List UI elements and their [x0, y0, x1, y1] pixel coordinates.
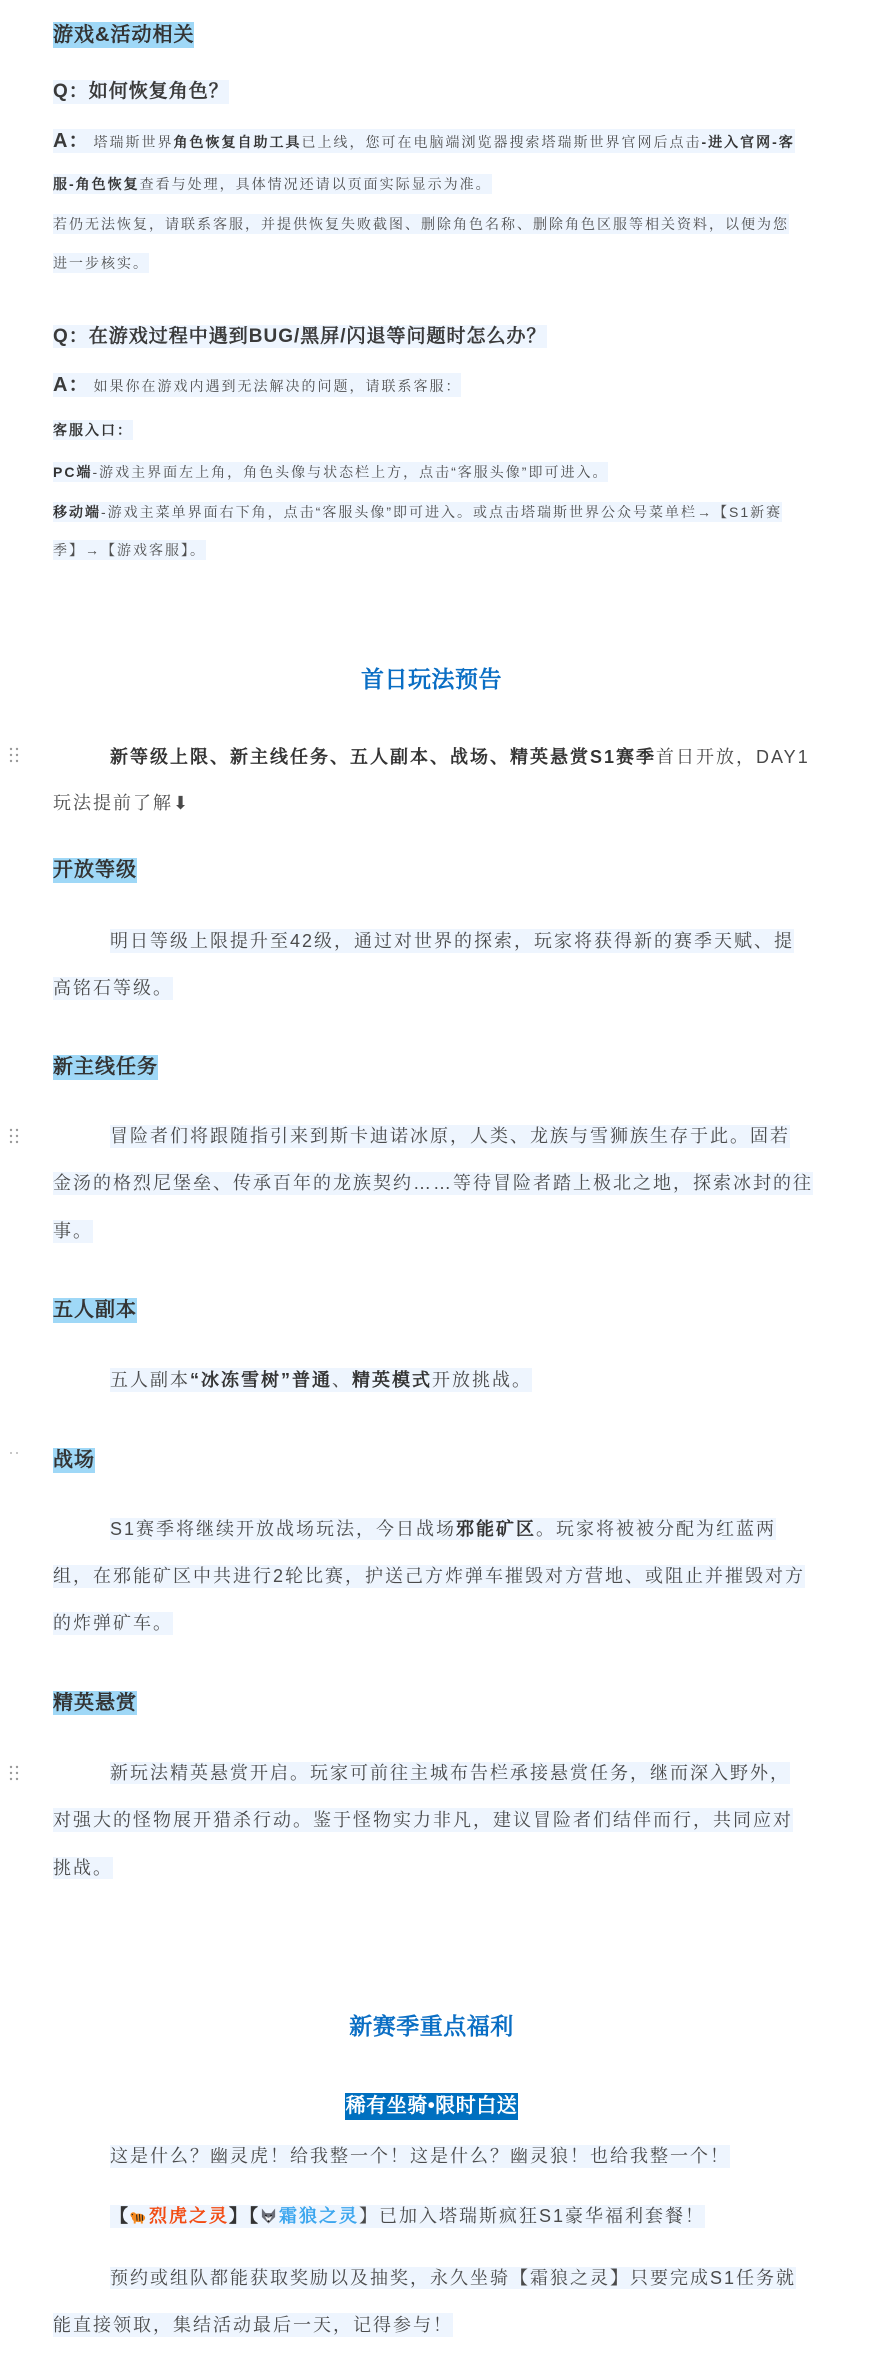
tiger-mount-name: 烈虎之灵	[149, 2206, 229, 2226]
answer-line: 服-角色恢复查看与处理，具体情况还请以页面实际显示为准。	[53, 174, 492, 194]
dungeon-mode-bold: 精英模式	[352, 1370, 432, 1390]
entry-label-text: 客服入口：	[53, 420, 133, 440]
answer-label: A：	[53, 374, 89, 396]
support-entry-mobile-line-1: 移动端-游戏主菜单界面右下角，点击“客服头像”即可进入。或点击塔瑞斯世界公众号菜…	[53, 502, 782, 522]
mount-banner: 稀有坐骑•限时白送	[53, 2093, 810, 2120]
bounty-line-1: 新玩法精英悬赏开启。玩家可前往主城布告栏承接悬赏任务，继而深入野外，	[110, 1762, 790, 1784]
battlefield-map-bold: 邪能矿区	[456, 1519, 536, 1539]
answer-label: A：	[53, 130, 89, 152]
dungeon-text: 五人副本	[110, 1370, 190, 1390]
entry-instructions: -游戏主菜单界面右下角，点击“客服头像”即可进入。或点击塔瑞斯世界公众号菜单栏→…	[101, 504, 782, 520]
intro-bold-features: 新等级上限、新主线任务、五人副本、战场、精英悬赏S1赛季	[110, 747, 656, 767]
entry-line: PC端-游戏主界面左上角，角色头像与状态栏上方，点击“客服头像”即可进入。	[53, 462, 608, 482]
mount-banner-text: 稀有坐骑•限时白送	[345, 2093, 519, 2120]
bounty-heading-text: 精英悬赏	[53, 1691, 137, 1715]
level-text: 高铭石等级。	[53, 977, 173, 1000]
battlefield-line-1: S1赛季将继续开放战场玩法，今日战场邪能矿区。玩家将被被分配为红蓝两	[110, 1518, 776, 1540]
level-heading-text: 开放等级	[53, 858, 137, 883]
answer-line: A：塔瑞斯世界角色恢复自助工具已上线，您可在电脑端浏览器搜索塔瑞斯世界官网后点击…	[53, 129, 795, 153]
support-entry-label: 客服入口：	[53, 420, 133, 440]
day1-intro-line-2: 玩法提前了解⬇	[53, 791, 190, 815]
battlefield-text: 组，在邪能矿区中共进行2轮比赛，护送己方炸弹车摧毁对方营地、或阻止并摧毁对方	[53, 1565, 805, 1588]
level-line-2: 高铭石等级。	[53, 977, 173, 1000]
battlefield-text: S1赛季将继续开放战场玩法，今日战场	[110, 1519, 456, 1539]
main-quest-line-1: 冒险者们将跟随指引来到斯卡迪诺冰原，人类、龙族与雪狮族生存于此。固若	[110, 1125, 790, 1148]
faq-answer-1-line-2: 服-角色恢复查看与处理，具体情况还请以页面实际显示为准。	[53, 174, 492, 194]
battlefield-heading-text: 战场	[53, 1448, 95, 1473]
dungeon-heading-text: 五人副本	[53, 1298, 137, 1323]
question-text: Q：在游戏过程中遇到BUG/黑屏/闪退等问题时怎么办？	[53, 325, 547, 348]
drag-handle-icon[interactable]	[9, 1765, 19, 1781]
answer-text: 塔瑞斯世界	[93, 134, 173, 150]
faq-answer-1-line-4: 进一步核实。	[53, 253, 149, 273]
bounty-line-3: 挑战。	[53, 1857, 113, 1879]
answer-text: 进一步核实。	[53, 253, 149, 273]
faq-section-heading: 游戏&活动相关	[53, 22, 194, 48]
faq-heading-text: 游戏&活动相关	[53, 22, 194, 48]
main-quest-text: 金汤的格烈尼堡垒、传承百年的龙族契约……等待冒险者踏上极北之地，探索冰封的往	[53, 1172, 813, 1195]
dungeon-line: 五人副本“冰冻雪树”普通、精英模式开放挑战。	[110, 1368, 532, 1392]
main-quest-heading-text: 新主线任务	[53, 1055, 158, 1080]
answer-text: 已上线，您可在电脑端浏览器搜索塔瑞斯世界官网后点击	[301, 134, 701, 150]
bounty-text: 对强大的怪物展开猎杀行动。鉴于怪物实力非凡，建议冒险者们结伴而行，共同应对	[53, 1808, 793, 1832]
welfare-section-title: 新赛季重点福利	[53, 2014, 810, 2038]
platform-label-mobile: 移动端	[53, 504, 101, 520]
answer-bold-path: -进入官网-客	[701, 134, 794, 150]
day1-section-title: 首日玩法预告	[53, 667, 810, 691]
answer-bold-tool: 角色恢复自助工具	[173, 134, 301, 150]
welfare-tagline: 这是什么？幽灵虎！给我整一个！这是什么？幽灵狼！也给我整一个！	[110, 2145, 730, 2168]
main-quest-text: 冒险者们将跟随指引来到斯卡迪诺冰原，人类、龙族与雪狮族生存于此。固若	[110, 1125, 790, 1148]
dungeon-heading: 五人副本	[53, 1298, 137, 1323]
welfare-text: 预约或组队都能获取奖励以及抽奖，永久坐骑【霜狼之灵】只要完成S1任务就	[110, 2267, 796, 2289]
faq-question-2: Q：在游戏过程中遇到BUG/黑屏/闪退等问题时怎么办？	[53, 325, 547, 348]
battlefield-line-2: 组，在邪能矿区中共进行2轮比赛，护送己方炸弹车摧毁对方营地、或阻止并摧毁对方	[53, 1565, 805, 1588]
level-line-1: 明日等级上限提升至42级，通过对世界的探索，玩家将获得新的赛季天赋、提	[110, 929, 794, 953]
wolf-icon	[260, 2207, 277, 2225]
faq-question-1: Q：如何恢复角色？	[53, 80, 229, 104]
platform-label-pc: PC端	[53, 464, 92, 480]
main-quest-line-3: 事。	[53, 1220, 93, 1243]
battlefield-heading: 战场	[53, 1448, 95, 1473]
battlefield-text-line: S1赛季将继续开放战场玩法，今日战场邪能矿区。玩家将被被分配为红蓝两	[110, 1518, 776, 1540]
drag-handle-icon[interactable]	[9, 1128, 19, 1144]
welfare-line-1: 预约或组队都能获取奖励以及抽奖，永久坐骑【霜狼之灵】只要完成S1任务就	[110, 2267, 796, 2289]
answer-bold-path: 服-角色恢复	[53, 176, 140, 192]
day1-intro-line-1: 新等级上限、新主线任务、五人副本、战场、精英悬赏S1赛季首日开放，DAY1	[110, 745, 810, 769]
level-text: 明日等级上限提升至42级，通过对世界的探索，玩家将获得新的赛季天赋、提	[110, 929, 794, 953]
bracket-mid: 】【	[229, 2206, 260, 2226]
entry-instructions: 季】→【游戏客服】。	[53, 540, 206, 560]
welfare-mounts-line: 【 烈虎之灵】【 霜狼之灵】已加入塔瑞斯疯狂S1豪华福利套餐！	[110, 2205, 705, 2228]
tiger-icon	[130, 2207, 147, 2225]
bounty-text: 挑战。	[53, 1857, 113, 1879]
tagline-text: 这是什么？幽灵虎！给我整一个！这是什么？幽灵狼！也给我整一个！	[110, 2145, 730, 2168]
intro-text: 首日开放，DAY1	[656, 747, 810, 767]
main-quest-line-2: 金汤的格烈尼堡垒、传承百年的龙族契约……等待冒险者踏上极北之地，探索冰封的往	[53, 1172, 813, 1195]
support-entry-pc: PC端-游戏主界面左上角，角色头像与状态栏上方，点击“客服头像”即可进入。	[53, 462, 608, 482]
level-heading: 开放等级	[53, 858, 137, 883]
main-quest-heading: 新主线任务	[53, 1055, 158, 1080]
entry-line: 移动端-游戏主菜单界面右下角，点击“客服头像”即可进入。或点击塔瑞斯世界公众号菜…	[53, 502, 782, 522]
wolf-mount-name: 霜狼之灵	[279, 2206, 359, 2226]
faq-answer-1-line-1: A：塔瑞斯世界角色恢复自助工具已上线，您可在电脑端浏览器搜索塔瑞斯世界官网后点击…	[53, 129, 795, 153]
support-entry-mobile-line-2: 季】→【游戏客服】。	[53, 540, 206, 560]
faq-answer-2: A：如果你在游戏内遇到无法解决的问题，请联系客服：	[53, 373, 461, 397]
dungeon-text: 、	[332, 1370, 352, 1390]
faq-answer-1-line-3: 若仍无法恢复，请联系客服，并提供恢复失败截图、删除角色名称、删除角色区服等相关资…	[53, 214, 789, 234]
dungeon-name-bold: “冰冻雪树”普通	[190, 1370, 332, 1390]
battlefield-text: 的炸弹矿车。	[53, 1612, 173, 1635]
dungeon-text: 开放挑战。	[432, 1370, 532, 1390]
battlefield-line-3: 的炸弹矿车。	[53, 1612, 173, 1635]
bounty-text: 新玩法精英悬赏开启。玩家可前往主城布告栏承接悬赏任务，继而深入野外，	[110, 1762, 790, 1784]
answer-text: 如果你在游戏内遇到无法解决的问题，请联系客服：	[93, 378, 461, 394]
bracket-open: 【	[110, 2206, 130, 2226]
battlefield-text: 。玩家将被被分配为红蓝两	[536, 1519, 776, 1539]
bounty-line-2: 对强大的怪物展开猎杀行动。鉴于怪物实力非凡，建议冒险者们结伴而行，共同应对	[53, 1808, 793, 1832]
question-text: Q：如何恢复角色？	[53, 80, 229, 104]
answer-text: 若仍无法恢复，请联系客服，并提供恢复失败截图、删除角色名称、删除角色区服等相关资…	[53, 214, 789, 234]
welfare-text: 能直接领取，集结活动最后一天，记得参与！	[53, 2313, 453, 2337]
answer-line: A：如果你在游戏内遇到无法解决的问题，请联系客服：	[53, 373, 461, 397]
drag-handle-icon[interactable]	[9, 747, 19, 763]
main-quest-text: 事。	[53, 1220, 93, 1243]
mounts-text-line: 【 烈虎之灵】【 霜狼之灵】已加入塔瑞斯疯狂S1豪华福利套餐！	[110, 2205, 705, 2228]
mounts-tail-text: 】已加入塔瑞斯疯狂S1豪华福利套餐！	[359, 2206, 705, 2226]
drag-handle-icon[interactable]	[9, 1451, 19, 1455]
dungeon-text-line: 五人副本“冰冻雪树”普通、精英模式开放挑战。	[110, 1368, 532, 1392]
welfare-line-2: 能直接领取，集结活动最后一天，记得参与！	[53, 2313, 453, 2337]
bounty-heading: 精英悬赏	[53, 1691, 137, 1715]
answer-text: 查看与处理，具体情况还请以页面实际显示为准。	[140, 176, 492, 192]
intro-text: 玩法提前了解⬇	[53, 793, 190, 813]
entry-instructions: -游戏主界面左上角，角色头像与状态栏上方，点击“客服头像”即可进入。	[92, 464, 608, 480]
